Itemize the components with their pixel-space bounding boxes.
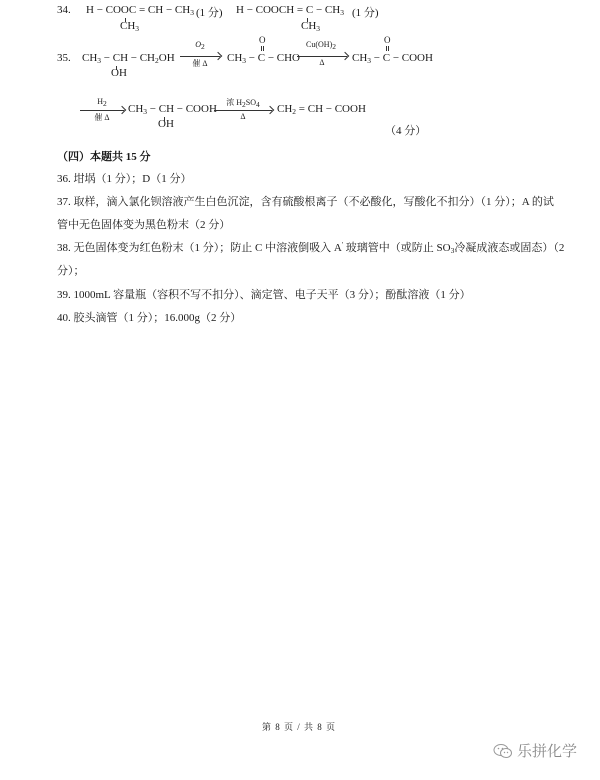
answer-37: 37. 取样，滴入氯化钡溶液产生白色沉淀，含有硫酸根离子（不必酸化，写酸化不扣分… [57, 193, 554, 209]
arrow-label-bottom: Δ [297, 58, 347, 67]
reactant-branch: OH [111, 67, 127, 79]
arrow-label-top: H2 [80, 97, 124, 106]
reaction-arrow [297, 56, 347, 57]
double-bond [261, 46, 264, 51]
answer-38-cont: 分）； [57, 262, 85, 278]
product-2: CH3 − C − COOH [352, 52, 433, 64]
formula-34a-branch: CH3 [120, 20, 139, 32]
arrow-label-bottom: Δ [214, 112, 272, 121]
arrow-label-top: O2 [180, 40, 220, 49]
formula-34a: H − COOC = CH − CH3 [86, 4, 194, 16]
answer-40: 40. 胶头滴管（1 分）；16.000g（2 分） [57, 309, 241, 325]
carbonyl-oxygen: O [259, 35, 266, 45]
answer-39: 39. 1000mL 容量瓶（容积不写不扣分）、滴定管、电子天平（3 分）；酚酞… [57, 286, 471, 302]
arrow-label-top: Cu(OH)2 [297, 40, 345, 49]
product-1: CH3 − C − CHO [227, 52, 300, 64]
formula-34b-branch: CH3 [301, 20, 320, 32]
watermark-label: 乐拼化学 [517, 740, 577, 761]
product-3-branch: OH [158, 118, 174, 130]
score: （4 分） [385, 122, 426, 138]
question-number: 35. [57, 52, 71, 64]
product-3: CH3 − CH − COOH [128, 103, 217, 115]
reaction-arrow [214, 110, 272, 111]
answer-36: 36. 坩埚（1 分）；D（1 分） [57, 170, 191, 186]
score: (1 分) [352, 4, 379, 20]
reaction-arrow [180, 56, 220, 57]
section-heading: （四）本题共 15 分 [57, 148, 151, 164]
arrow-label-top: 浓 H2SO4 [214, 97, 272, 108]
watermark: 乐拼化学 [493, 740, 577, 761]
double-bond [386, 46, 389, 51]
product-4: CH2 = CH − COOH [277, 103, 366, 115]
answer-38: 38. 无色固体变为红色粉末（1 分）；防止 C 中溶液倒吸入 A' 玻璃管中（… [57, 239, 564, 255]
carbonyl-oxygen: O [384, 35, 391, 45]
wechat-icon [493, 743, 513, 759]
score: (1 分) [196, 4, 223, 20]
arrow-label-bottom: 催 Δ [80, 112, 124, 123]
formula-34b: H − COOCH = C − CH3 [236, 4, 344, 16]
arrow-label-bottom: 催 Δ [180, 58, 220, 69]
reaction-arrow [80, 110, 124, 111]
question-number: 34. [57, 4, 71, 16]
answer-37-cont: 管中无色固体变为黑色粉末（2 分） [57, 216, 230, 232]
page-number: 第 8 页 / 共 8 页 [262, 720, 336, 733]
reactant: CH3 − CH − CH2OH [82, 52, 175, 64]
